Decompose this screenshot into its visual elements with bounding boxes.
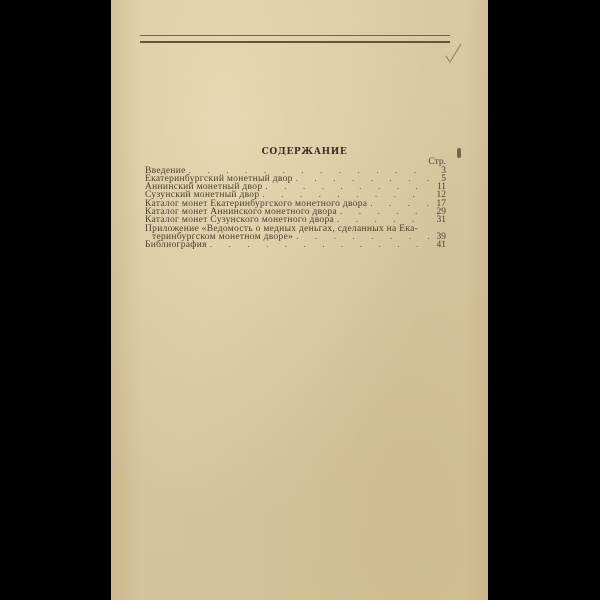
leader-dots xyxy=(293,233,430,241)
toc-entry-label: Библиография xyxy=(145,241,207,249)
toc-entry: Приложение «Ведомость о медных деньгах, … xyxy=(145,225,446,242)
page-column-header: Стр. xyxy=(145,158,446,167)
pencil-checkmark-icon xyxy=(444,42,464,64)
header-rule-thick xyxy=(140,41,450,43)
leader-dots xyxy=(293,175,430,183)
leader-dots xyxy=(337,208,430,216)
leader-dots xyxy=(367,200,430,208)
table-of-contents: Стр. Введение 3 Екатеринбургский монетны… xyxy=(145,158,446,249)
leader-dots xyxy=(262,183,430,191)
book-page: СОДЕРЖАНИЕ Стр. Введение 3 Екатеринбургс… xyxy=(111,0,488,600)
header-rule-thin xyxy=(140,35,450,36)
toc-entry-page: 41 xyxy=(430,241,446,249)
leader-dots xyxy=(207,241,430,249)
toc-entry-page: 31 xyxy=(430,216,446,224)
toc-title: СОДЕРЖАНИЕ xyxy=(111,147,488,157)
toc-entry: Библиография 41 xyxy=(145,241,446,249)
